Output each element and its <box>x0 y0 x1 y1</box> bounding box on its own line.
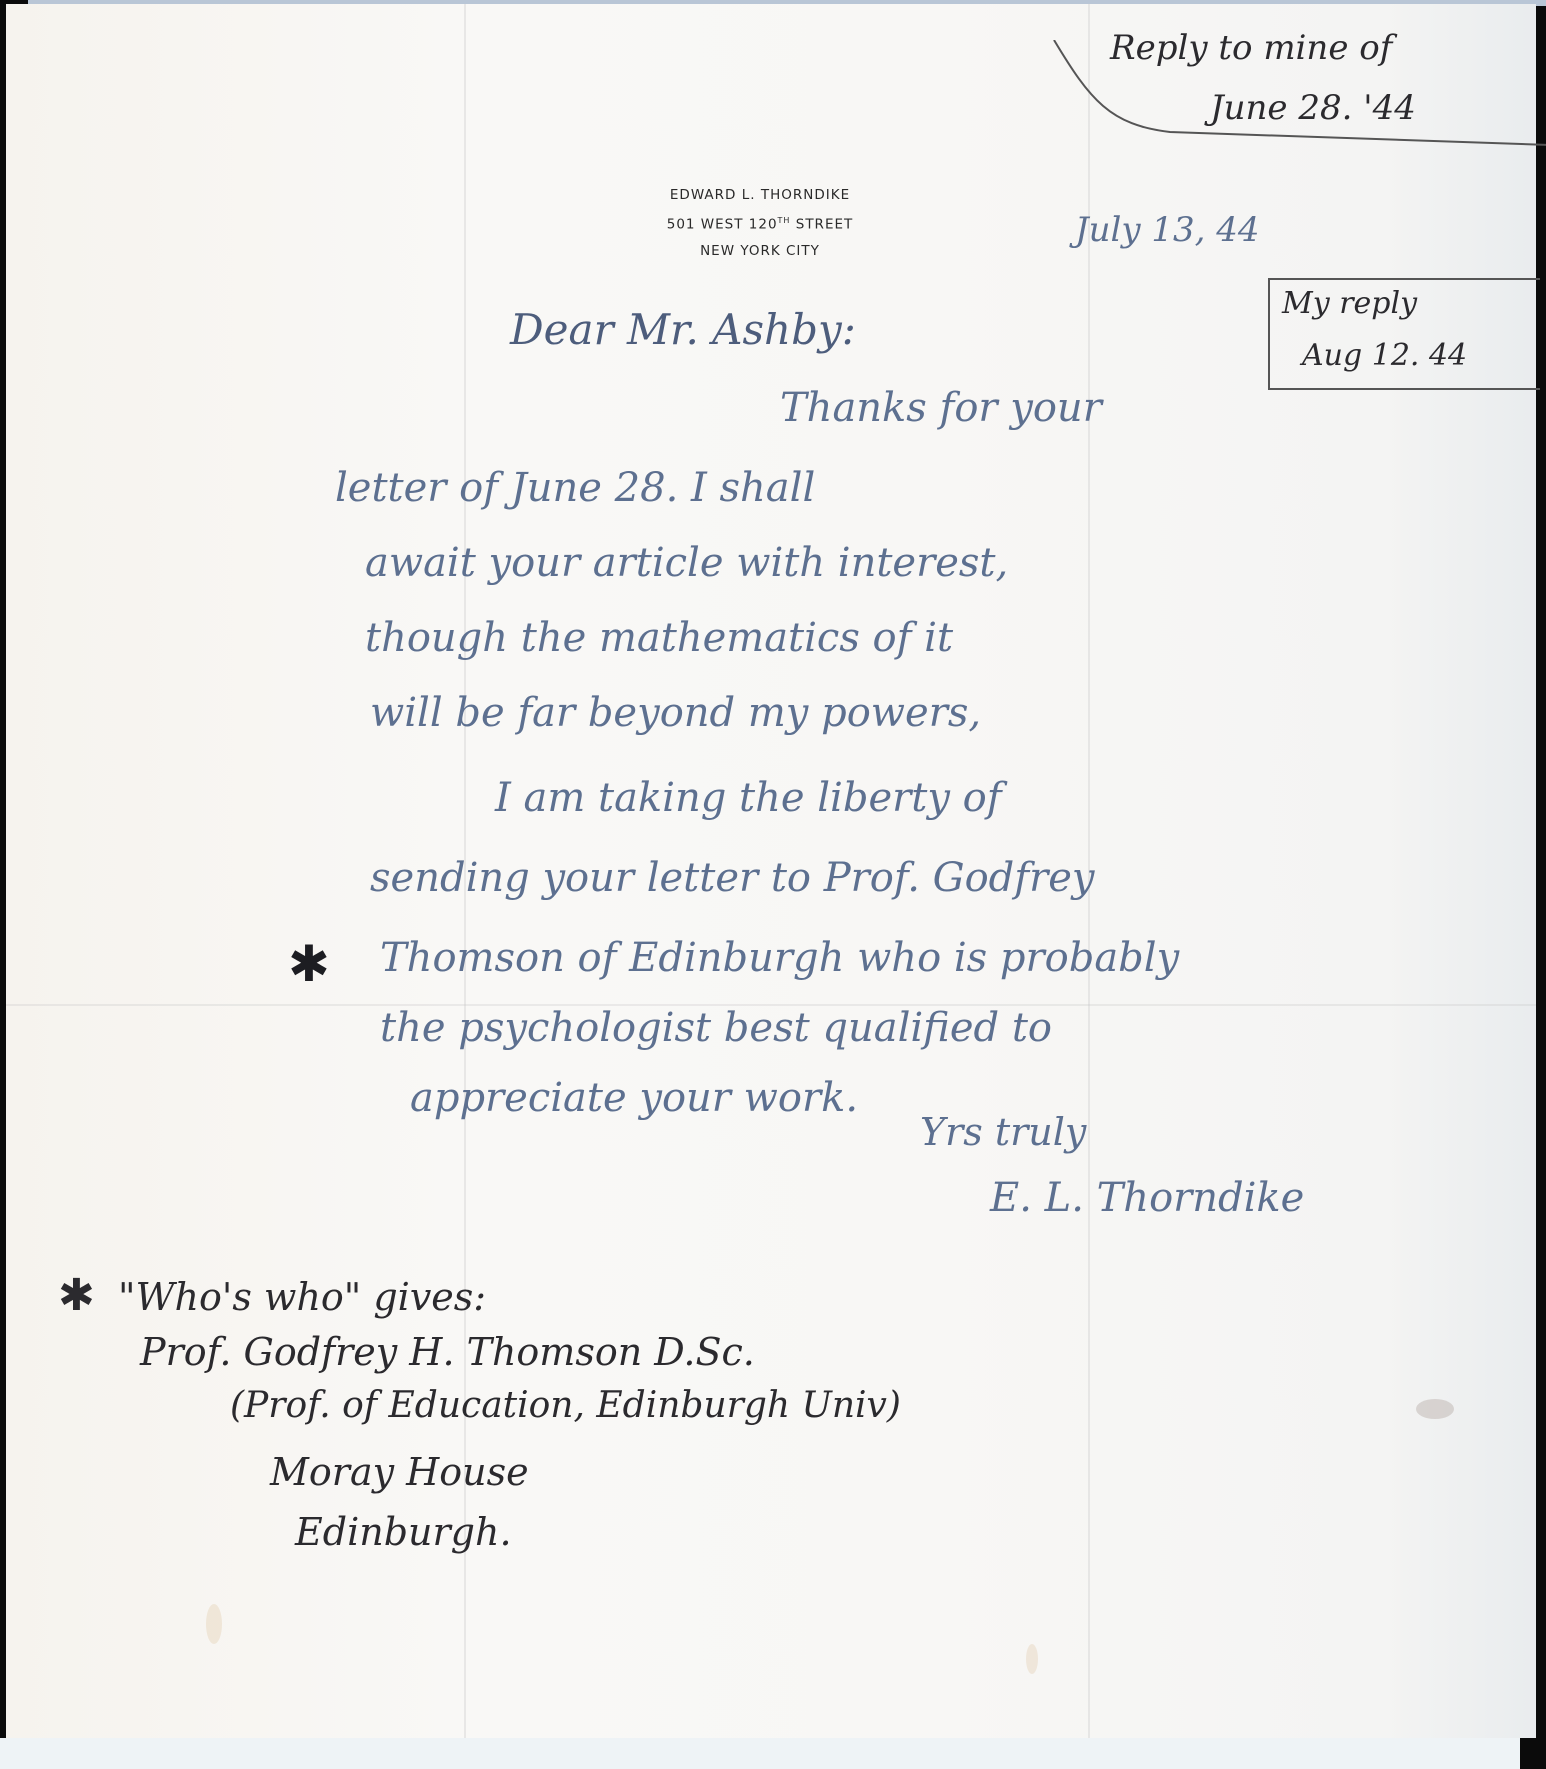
body-line: Thanks for your <box>780 385 1102 431</box>
body-line: sending your letter to Prof. Godfrey <box>370 855 1094 901</box>
signature: E. L. Thorndike <box>990 1175 1304 1221</box>
my-reply-line2: Aug 12. 44 <box>1302 338 1467 373</box>
letterhead-name: EDWARD L. THORNDIKE <box>640 182 880 208</box>
scan-edge-bottom <box>0 1738 1520 1769</box>
body-line: will be far beyond my powers, <box>370 690 981 736</box>
letterhead-city: NEW YORK CITY <box>640 238 880 264</box>
reply-note-line2: June 28. '44 <box>1210 88 1416 128</box>
body-line: appreciate your work. <box>410 1075 858 1121</box>
salutation: Dear Mr. Ashby: <box>510 305 856 354</box>
footnote-line: "Who's who" gives: <box>118 1275 486 1319</box>
letterhead: EDWARD L. THORNDIKE 501 WEST 120TH STREE… <box>640 182 880 264</box>
footnote-line: Moray House <box>270 1450 529 1494</box>
body-line: the psychologist best qualified to <box>380 1005 1052 1051</box>
reply-note-line1: Reply to mine of <box>1110 28 1392 68</box>
paper-stain <box>1026 1644 1038 1674</box>
paper-stain <box>1416 1399 1454 1419</box>
body-line: I am taking the liberty of <box>495 775 1002 821</box>
my-reply-line1: My reply <box>1282 286 1417 321</box>
closing: Yrs truly <box>920 1110 1086 1154</box>
letter-date: July 13, 44 <box>1075 210 1260 250</box>
letterhead-address: 501 WEST 120TH STREET <box>640 208 880 238</box>
paper-stain <box>206 1604 222 1644</box>
footnote-asterisk: ✱ <box>58 1270 95 1321</box>
body-line: though the mathematics of it <box>365 615 953 661</box>
body-line: letter of June 28. I shall <box>335 465 815 511</box>
footnote-line: (Prof. of Education, Edinburgh Univ) <box>230 1385 901 1426</box>
body-line: Thomson of Edinburgh who is probably <box>380 935 1179 981</box>
asterisk-marker: ✱ <box>288 935 330 993</box>
body-line: await your article with interest, <box>365 540 1008 586</box>
footnote-line: Edinburgh. <box>295 1510 512 1554</box>
footnote-line: Prof. Godfrey H. Thomson D.Sc. <box>140 1330 755 1374</box>
